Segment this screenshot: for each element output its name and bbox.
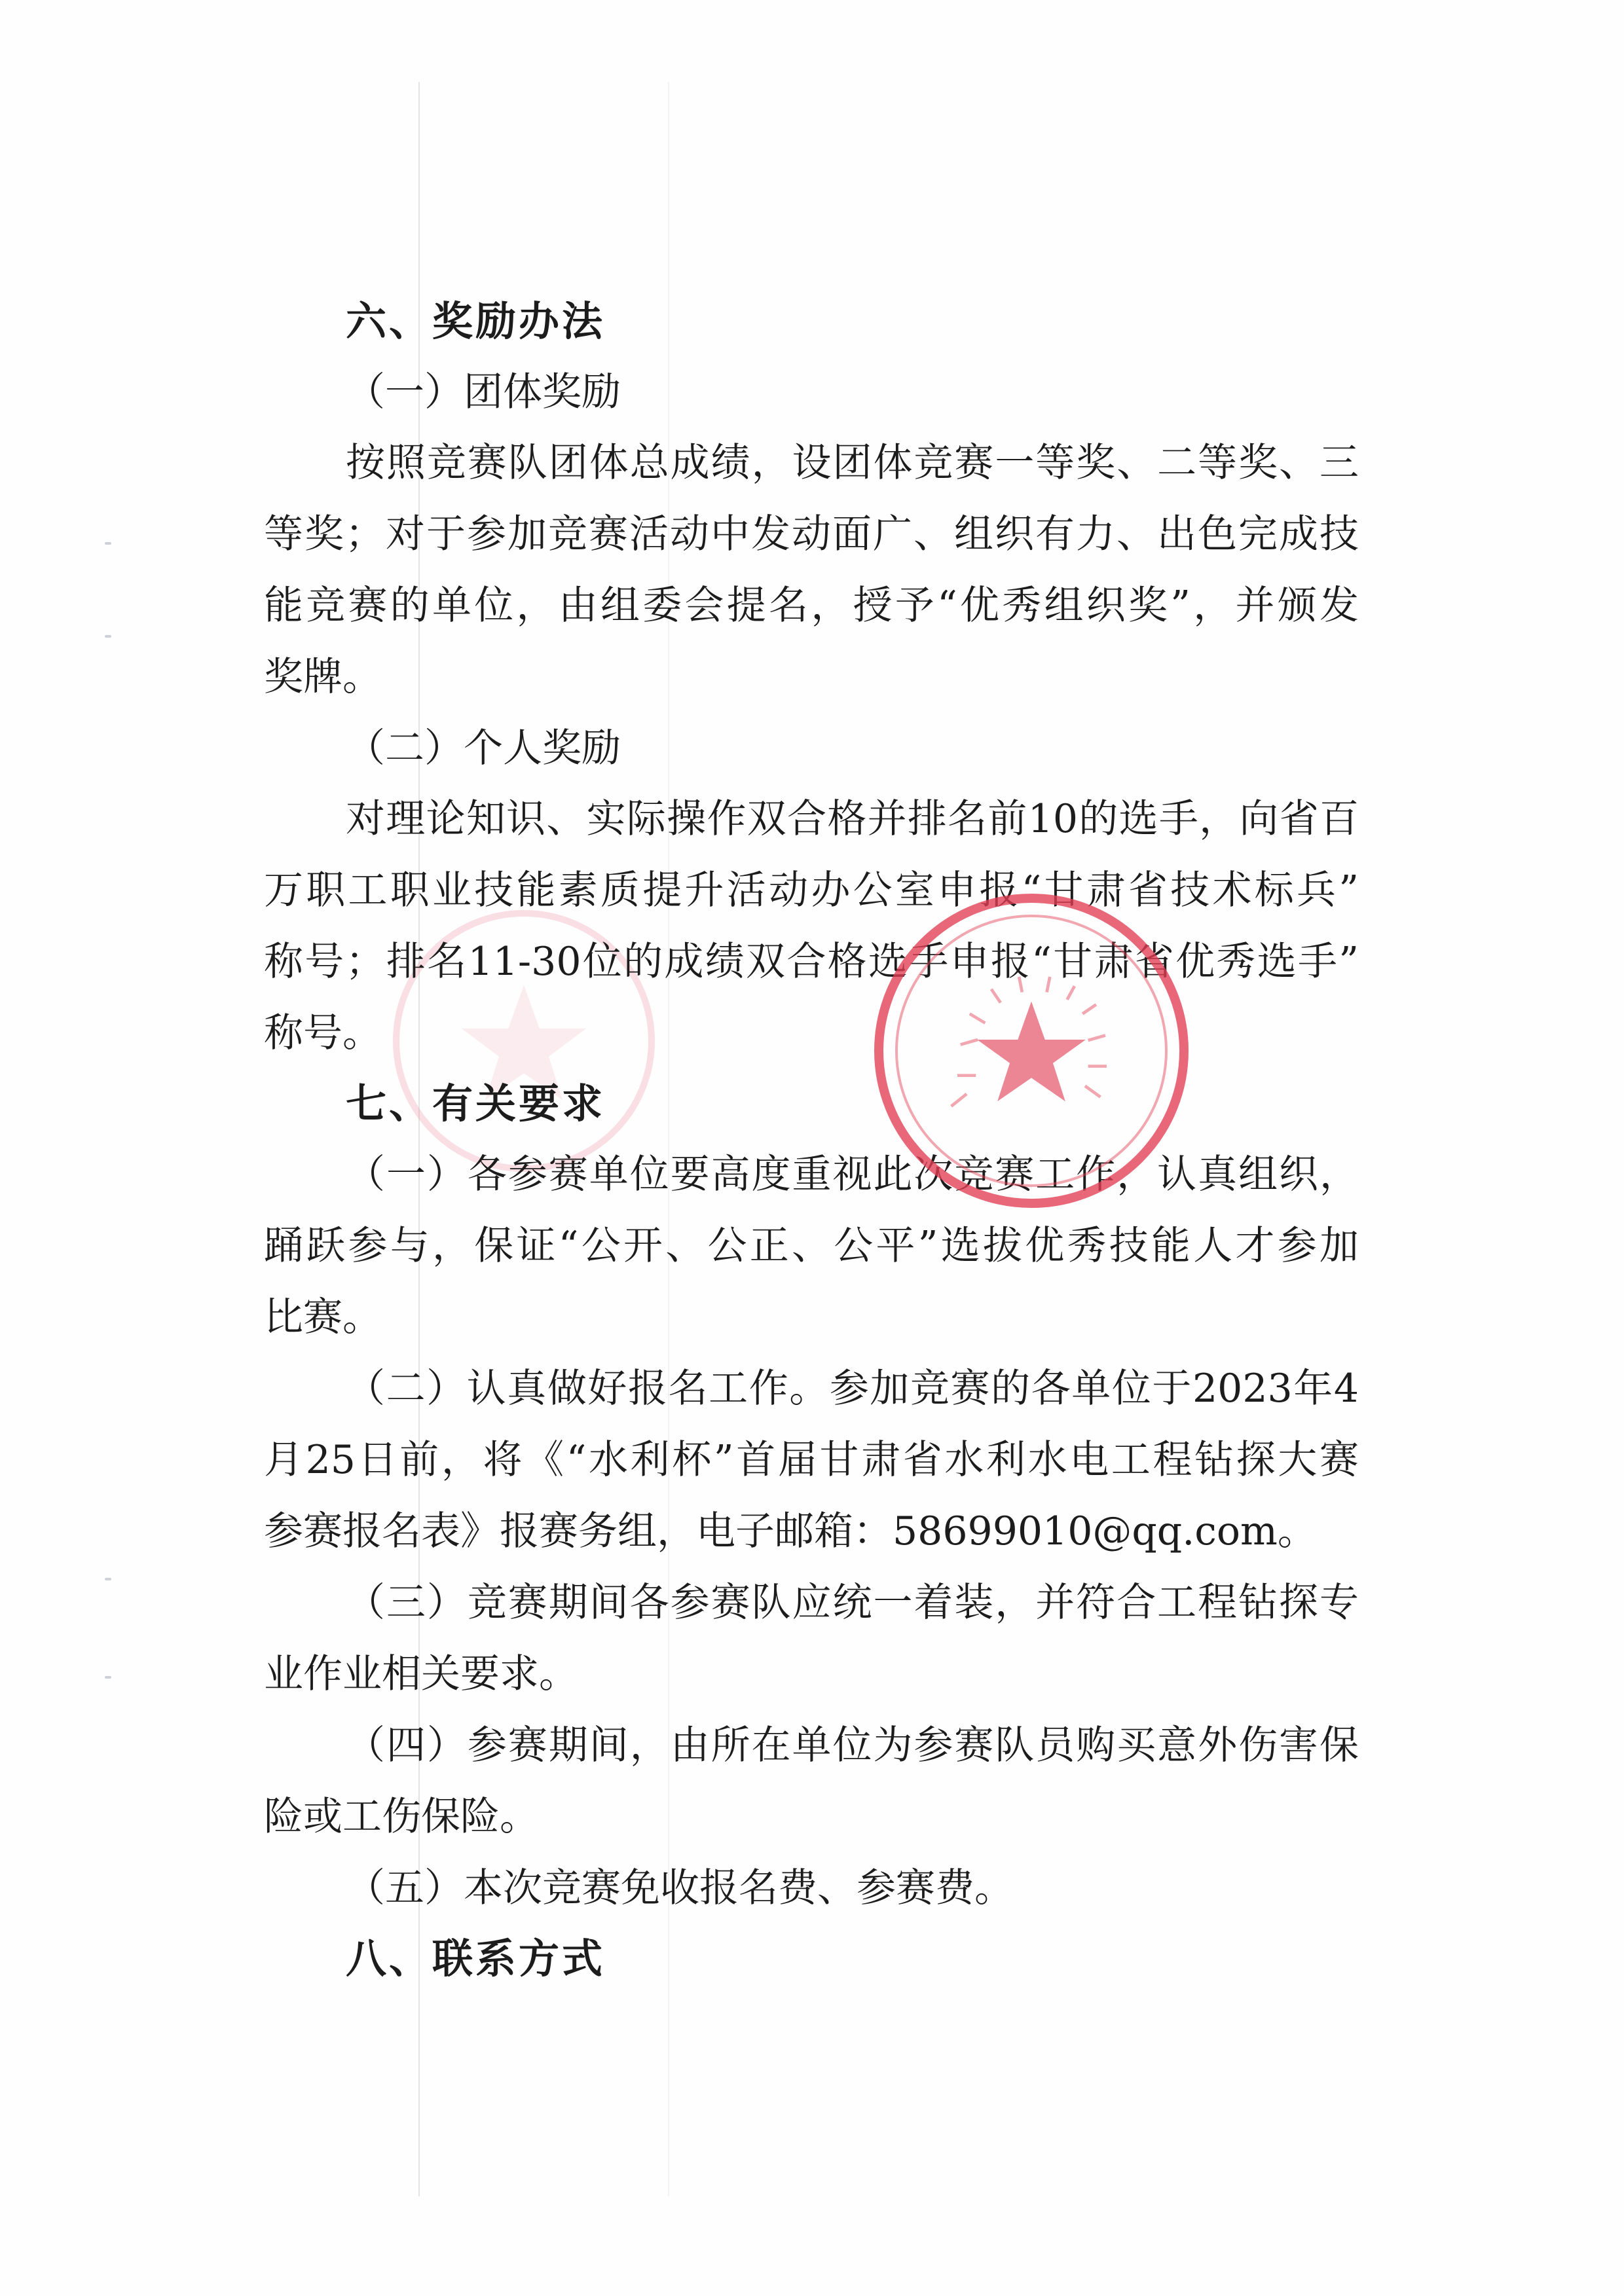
- scan-speck: [105, 1676, 111, 1679]
- paragraph-line: （一）各参赛单位要高度重视此次竞赛工作，认真组织，: [346, 1139, 1359, 1211]
- paragraph-line: 对理论知识、实际操作双合格并排名前10的选手，向省百: [346, 783, 1359, 855]
- paragraph-line: （三）竞赛期间各参赛队应统一着装，并符合工程钻探专: [346, 1567, 1359, 1639]
- scan-speck: [105, 542, 111, 545]
- paragraph-line: 业作业相关要求。: [264, 1638, 578, 1710]
- section-heading-contact: 八、联系方式: [346, 1923, 605, 1995]
- scan-speck: [105, 1578, 111, 1580]
- paragraph-line-email: 参赛报名表》报赛务组，电子邮箱：58699010@qq.com。: [264, 1495, 1317, 1567]
- section-heading-rewards: 六、奖励办法: [346, 285, 605, 357]
- paragraph-line: 等奖；对于参加竞赛活动中发动面广、组织有力、出色完成技: [264, 498, 1359, 570]
- paragraph-line: （五）本次竞赛免收报名费、参赛费。: [346, 1852, 1014, 1924]
- paragraph-line: 称号。: [264, 997, 382, 1069]
- paragraph-line: 比赛。: [264, 1281, 382, 1353]
- paragraph-line: 踊跃参与，保证“公开、公正、公平”选拔优秀技能人才参加: [264, 1210, 1359, 1282]
- paragraph-line: 险或工伤保险。: [264, 1781, 539, 1853]
- subsection-title-team-award: （一）团体奖励: [346, 356, 621, 428]
- paragraph-line: 称号；排名11-30位的成绩双合格选手申报“甘肃省优秀选手”: [264, 926, 1359, 998]
- paragraph-line: 按照竞赛队团体总成绩，设团体竞赛一等奖、二等奖、三: [346, 427, 1359, 499]
- paragraph-line: 能竞赛的单位，由组委会提名，授予“优秀组织奖”，并颁发: [264, 570, 1359, 642]
- paragraph-line: 月25日前，将《“水利杯”首届甘肃省水利水电工程钻探大赛: [264, 1424, 1359, 1496]
- paragraph-line: （四）参赛期间，由所在单位为参赛队员购买意外伤害保: [346, 1709, 1359, 1781]
- scan-speck: [105, 635, 111, 638]
- document-page: 六、奖励办法 （一）团体奖励 按照竞赛队团体总成绩，设团体竞赛一等奖、二等奖、三…: [0, 0, 1624, 2296]
- paragraph-line: 奖牌。: [264, 641, 382, 713]
- section-heading-requirements: 七、有关要求: [346, 1068, 605, 1140]
- subsection-title-individual-award: （二）个人奖励: [346, 712, 621, 784]
- paragraph-line: 万职工职业技能素质提升活动办公室申报“甘肃省技术标兵”: [264, 854, 1359, 926]
- paragraph-line: （二）认真做好报名工作。参加竞赛的各单位于2023年4: [346, 1353, 1359, 1425]
